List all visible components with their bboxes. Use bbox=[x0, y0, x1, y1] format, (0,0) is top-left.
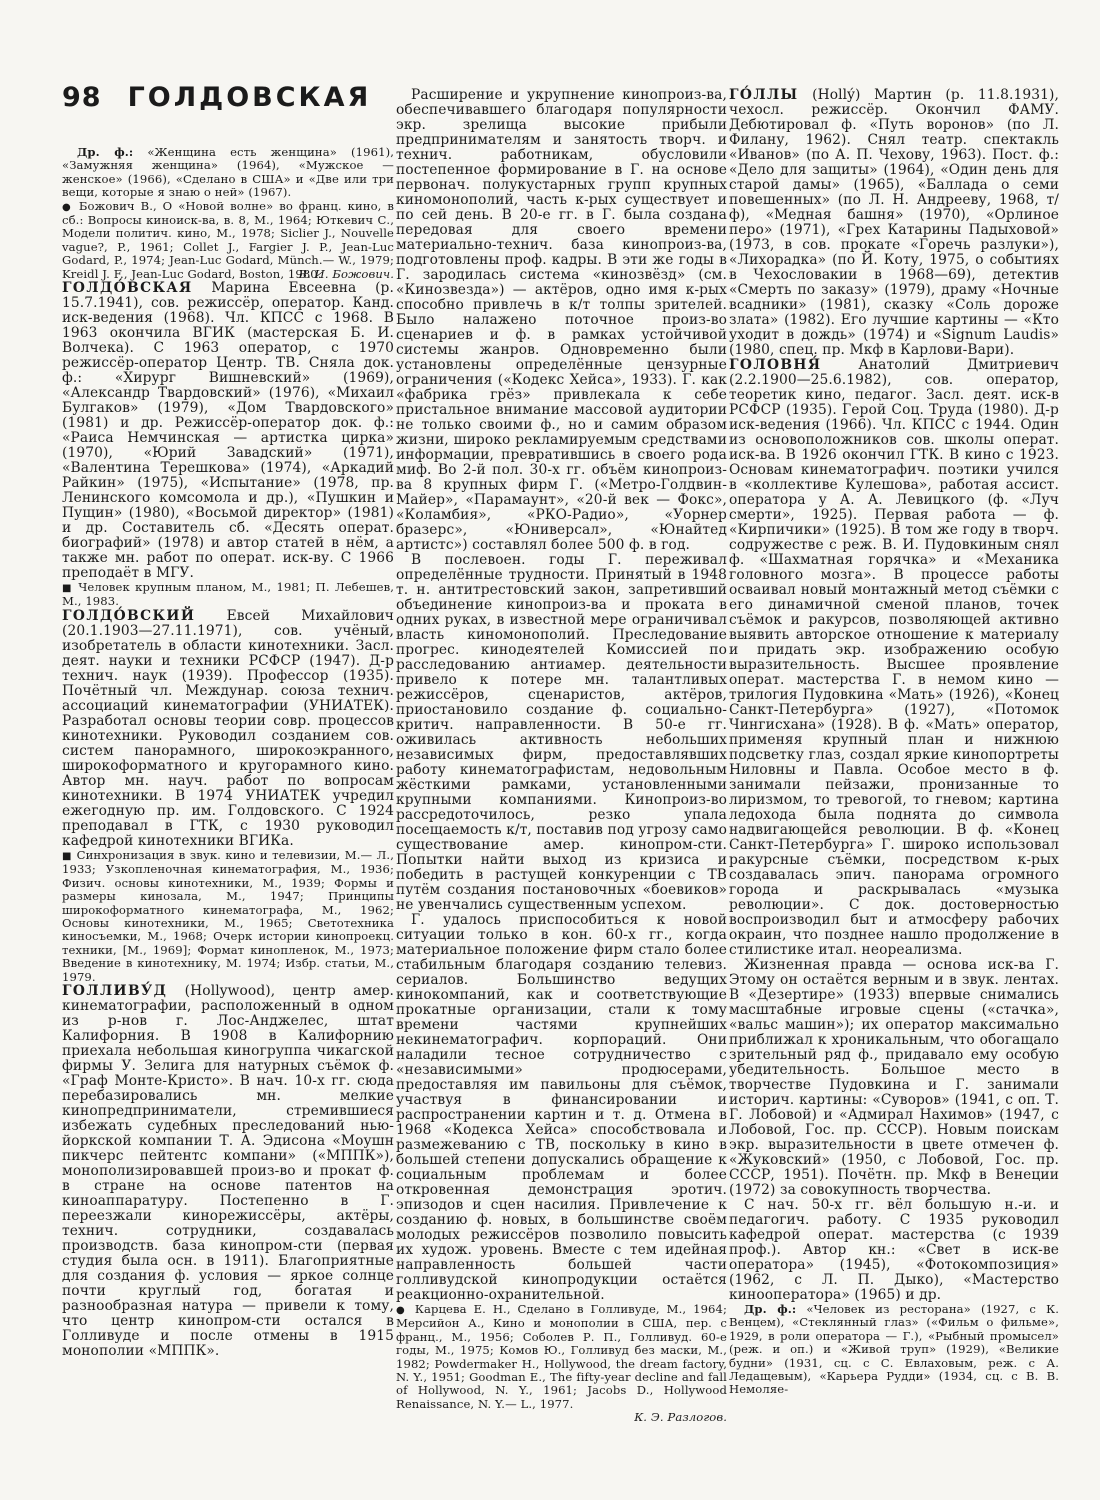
filmography-label: Др. ф.: bbox=[77, 145, 133, 159]
entry-headword: ГОЛДО́ВСКАЯ bbox=[62, 280, 193, 296]
entry-headword: ГОЛЛИВУ́Д bbox=[62, 983, 167, 999]
hollywood-bibliography: ● Карцева Е. Н., Сделано в Голливуде, М.… bbox=[396, 1303, 727, 1411]
entry-headword: ГО́ЛЛЫ bbox=[729, 87, 799, 103]
hollywood-paragraph-1: Расширение и укрупнение кинопроиз-ва, об… bbox=[396, 88, 727, 553]
running-title: ГОЛДОВСКАЯ bbox=[128, 82, 372, 113]
godard-filmography: Др. ф.: «Женщина есть женщина» (1961), «… bbox=[62, 146, 394, 200]
entry-holly: ГО́ЛЛЫ (Hollý) Мартин (р. 11.8.1931), че… bbox=[729, 88, 1059, 358]
hollywood-signature: К. Э. Разлогов. bbox=[396, 1411, 727, 1424]
entry-text: (Hollý) Мартин (р. 11.8.1931), чехосл. р… bbox=[729, 87, 1059, 358]
goldovsky-bibliography: ■ Синхронизация в звук. кино и телевизии… bbox=[62, 849, 394, 984]
golovnya-paragraph-2: Жизненная правда — основа иск-ва Г. Этом… bbox=[729, 958, 1059, 1198]
encyclopedia-page: 98ГОЛДОВСКАЯ Др. ф.: «Женщина есть женщи… bbox=[0, 0, 1100, 1500]
entry-headword: ГОЛОВНЯ́ bbox=[729, 357, 821, 373]
bullet-icon: ● bbox=[62, 202, 73, 213]
hollywood-paragraph-2: В послевоен. годы Г. переживал определён… bbox=[396, 553, 727, 913]
entry-goldovskaya: ГОЛДО́ВСКАЯ Марина Евсеевна (р. 15.7.194… bbox=[62, 281, 394, 581]
goldovskaya-bibliography: ■ Человек крупным планом, М., 1981; П. Л… bbox=[62, 581, 394, 609]
bullet-icon: ● bbox=[396, 1305, 408, 1316]
bibliography-text: Человек крупным планом, М., 1981; П. Леб… bbox=[62, 580, 394, 608]
square-bullet-icon: ■ bbox=[62, 851, 72, 862]
golovnya-paragraph-3: С нач. 50-х гг. вёл большую н.-и. и педа… bbox=[729, 1198, 1059, 1303]
filmography-label: Др. ф.: bbox=[744, 1302, 796, 1316]
bibliography-text: Синхронизация в звук. кино и телевизии, … bbox=[62, 848, 394, 984]
entry-text: (Hollywood), центр амер. кинематографии,… bbox=[62, 983, 394, 1359]
entry-goldovsky: ГОЛДО́ВСКИЙ Евсей Михайлович (20.1.1903—… bbox=[62, 609, 394, 849]
entry-text: Евсей Михайлович (20.1.1903—27.11.1971),… bbox=[62, 608, 394, 849]
entry-text: Анатолий Дмитриевич (2.2.1900—25.6.1982)… bbox=[729, 357, 1059, 958]
page-number: 98 bbox=[62, 82, 102, 113]
entry-text: Марина Евсеевна (р. 15.7.1941), сов. реж… bbox=[62, 280, 394, 581]
column-3: ГО́ЛЛЫ (Hollý) Мартин (р. 11.8.1931), че… bbox=[729, 88, 1059, 1397]
page-header: 98ГОЛДОВСКАЯ bbox=[62, 82, 371, 113]
column-1: Др. ф.: «Женщина есть женщина» (1961), «… bbox=[62, 146, 394, 1359]
square-bullet-icon: ■ bbox=[62, 583, 73, 594]
hollywood-paragraph-3: Г. удалось приспособиться к новой ситуац… bbox=[396, 913, 727, 1303]
bibliography-text: Карцева Е. Н., Сделано в Голливуде, М., … bbox=[396, 1302, 727, 1411]
column-2: Расширение и укрупнение кинопроиз-ва, об… bbox=[396, 88, 727, 1425]
entry-headword: ГОЛДО́ВСКИЙ bbox=[62, 608, 195, 624]
golovnya-filmography: Др. ф.: «Человек из ресторана» (1927, с … bbox=[729, 1303, 1059, 1397]
filmography-text: «Человек из ресторана» (1927, с К. Венце… bbox=[729, 1302, 1059, 1396]
entry-hollywood: ГОЛЛИВУ́Д (Hollywood), центр амер. кинем… bbox=[62, 984, 394, 1359]
entry-golovnya: ГОЛОВНЯ́ Анатолий Дмитриевич (2.2.1900—2… bbox=[729, 358, 1059, 958]
